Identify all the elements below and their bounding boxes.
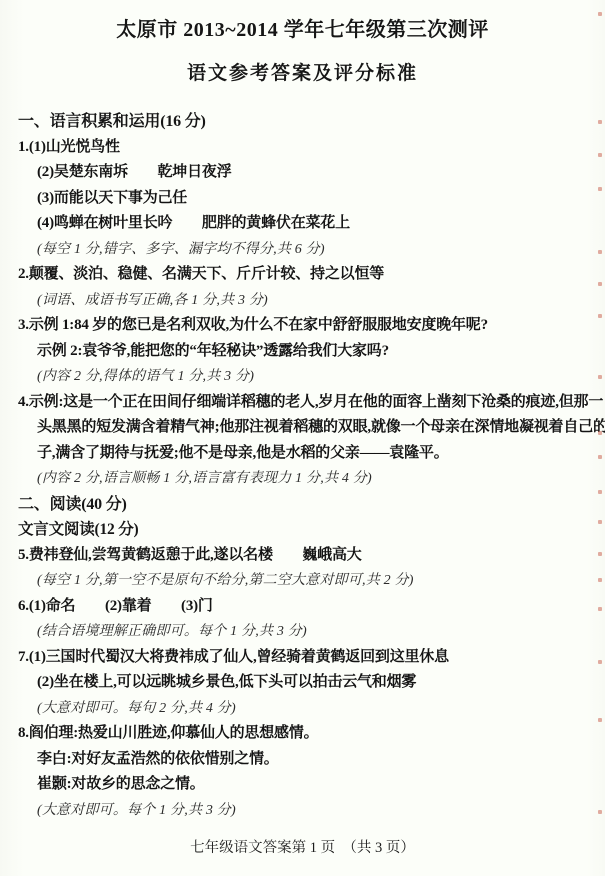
answer-line: 7.(1)三国时代蜀汉大将费祎成了仙人,曾经骑着黄鹤返回到这里休息 [0,645,605,671]
scan-speck-icon [598,455,602,459]
rubric-note: (每空 1 分,错字、多字、漏字均不得分,共 6 分) [0,237,605,263]
answer-body: 一、语言积累和运用(16 分)1.(1)山光悦鸟性(2)吴楚东南坼 乾坤日夜浮(… [0,109,605,823]
scan-speck-icon [598,187,602,191]
scan-speck-icon [598,660,602,664]
answer-line: 5.费祎登仙,尝驾黄鹤返憩于此,遂以名楼 巍峨高大 [0,543,605,569]
answer-line: (4)鸣蝉在树叶里长吟 肥胖的黄蜂伏在菜花上 [0,211,605,237]
rubric-note: (内容 2 分,语言顺畅 1 分,语言富有表现力 1 分,共 4 分) [0,466,605,492]
answer-line: 李白:对好友孟浩然的依依惜别之情。 [0,747,605,773]
rubric-note: (词语、成语书写正确,各 1 分,共 3 分) [0,288,605,314]
scan-speck-icon [598,431,602,435]
answer-line: (3)而能以天下事为己任 [0,186,605,212]
page-subtitle: 语文参考答案及评分标准 [0,44,605,88]
scan-speck-icon [598,375,602,379]
subsection-heading: 文言文阅读(12 分) [0,517,605,543]
scan-speck-icon [598,520,602,524]
answer-line: 4.示例:这是一个正在田间仔细端详稻穗的老人,岁月在他的面容上凿刻下沧桑的痕迹,… [0,390,605,416]
answer-line: 子,满含了期待与抚爱;他不是母亲,他是水稻的父亲——袁隆平。 [0,441,605,467]
answer-line: 2.颠覆、淡泊、稳健、名满天下、斤斤计较、持之以恒等 [0,262,605,288]
scan-speck-icon [598,282,602,286]
answer-line: 示例 2:袁爷爷,能把您的“年轻秘诀”透露给我们大家吗? [0,339,605,365]
answer-line: 3.示例 1:84 岁的您已是名利双收,为什么不在家中舒舒服服地安度晚年呢? [0,313,605,339]
rubric-note: (每空 1 分,第一空不是原句不给分,第二空大意对即可,共 2 分) [0,568,605,594]
answer-line: 崔颢:对故乡的思念之情。 [0,772,605,798]
rubric-note: (内容 2 分,得体的语气 1 分,共 3 分) [0,364,605,390]
section-heading: 一、语言积累和运用(16 分) [0,109,605,135]
scan-speck-icon [598,718,602,722]
answer-line: 头黑黑的短发满含着精气神;他那注视着稻穗的双眼,就像一个母亲在深情地凝视着自己的… [0,415,605,441]
scan-speck-icon [598,552,602,556]
scan-speck-icon [598,12,602,16]
answer-line: 8.阎伯理:热爱山川胜迹,仰慕仙人的思想感情。 [0,721,605,747]
answer-line: (2)吴楚东南坼 乾坤日夜浮 [0,160,605,186]
scan-speck-icon [598,810,602,814]
scan-speck-icon [598,490,602,494]
rubric-note: (结合语境理解正确即可。每个 1 分,共 3 分) [0,619,605,645]
scan-speck-icon [598,153,602,157]
page-footer: 七年级语文答案第 1 页 （共 3 页） [0,835,605,861]
rubric-note: (大意对即可。每句 2 分,共 4 分) [0,696,605,722]
answer-line: 1.(1)山光悦鸟性 [0,135,605,161]
section-heading: 二、阅读(40 分) [0,492,605,518]
answer-line: (2)坐在楼上,可以远眺城乡景色,低下头可以拍击云气和烟雾 [0,670,605,696]
scan-speck-icon [598,120,602,124]
document-page: 太原市 2013~2014 学年七年级第三次测评 语文参考答案及评分标准 一、语… [0,0,605,876]
page-title: 太原市 2013~2014 学年七年级第三次测评 [0,0,605,44]
scan-speck-icon [598,314,602,318]
answer-line: 6.(1)命名 (2)靠着 (3)门 [0,594,605,620]
scan-speck-icon [598,578,602,582]
rubric-note: (大意对即可。每个 1 分,共 3 分) [0,798,605,824]
scan-speck-icon [598,250,602,254]
scan-speck-icon [598,607,602,611]
